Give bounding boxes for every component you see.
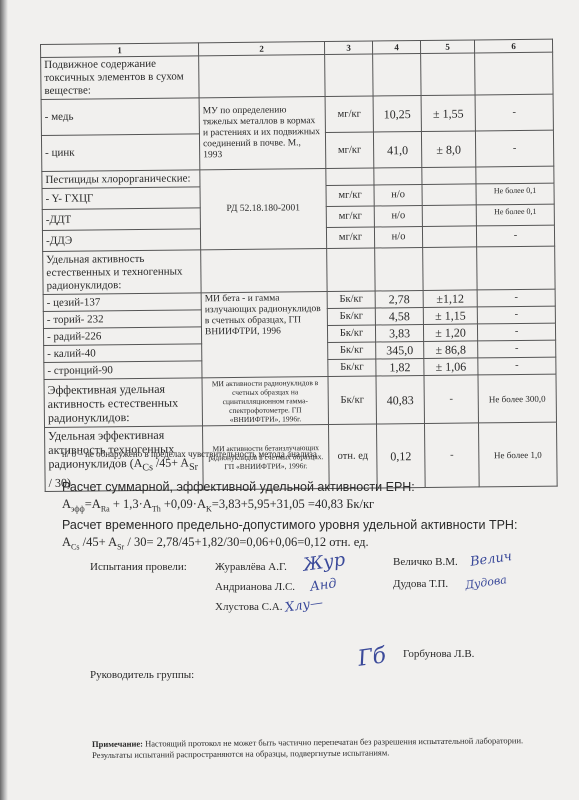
group-title: Пестициды хлорорганические:: [42, 170, 200, 189]
unit-cell: мг/кг: [326, 227, 374, 249]
col-header: 6: [474, 39, 552, 53]
results-table: 1 2 3 4 5 6 Подвижное содержание токсичн…: [40, 39, 557, 493]
tester-name: Журавлёва А.Г.: [215, 561, 287, 573]
col-header: 3: [324, 41, 372, 55]
unit-cell: Бк/кг: [327, 308, 375, 326]
table-footnote: н/ о – не обнаружено в пределах чувствит…: [62, 449, 317, 459]
tests-label: Испытания провели:: [90, 561, 187, 573]
unit-cell: Бк/кг: [328, 342, 376, 360]
value-cell: 2,78: [375, 291, 423, 309]
limit-cell: -: [475, 130, 553, 167]
limit-cell: -: [477, 323, 555, 341]
value-cell: 3,83: [375, 324, 423, 342]
signature-icon: Жур: [302, 549, 347, 576]
signature-icon: Анд: [309, 576, 337, 595]
value-cell: 41,0: [373, 132, 421, 169]
value-cell: 40,83: [376, 375, 425, 424]
method-cell: МИ бета - и гамма излучающих радионуклид…: [201, 292, 328, 378]
row-name: - медь: [41, 98, 199, 136]
tester-name: Величко В.М.: [393, 556, 458, 568]
limit-cell: Не более 0,1: [476, 183, 554, 205]
limit-cell: -: [478, 357, 556, 375]
unit-cell: мг/кг: [326, 185, 374, 207]
head-name: Горбунова Л.В.: [403, 648, 474, 660]
value-cell: н/о: [374, 227, 422, 249]
value-cell: 345,0: [376, 341, 424, 359]
error-cell: [422, 205, 476, 227]
group-title: Подвижное содержание токсичных элементов…: [41, 56, 199, 100]
limit-cell: -: [477, 306, 555, 324]
tester-name: Андрианова Л.С.: [215, 581, 295, 593]
col-header: 2: [198, 42, 324, 56]
value-cell: 4,58: [375, 308, 423, 326]
error-cell: ± 8,0: [421, 131, 475, 168]
method-cell: РД 52.18.180-2001: [200, 169, 327, 250]
group-title-row: Подвижное содержание токсичных элементов…: [41, 52, 553, 99]
table-row: - медь МУ по определению тяжелых металло…: [41, 94, 553, 135]
unit-cell: Бк/кг: [328, 359, 376, 377]
value-cell: 1,82: [376, 358, 424, 376]
signature-icon: Дудова: [464, 573, 507, 592]
error-cell: ±1,12: [423, 290, 477, 308]
error-cell: ± 86,8: [424, 341, 478, 359]
erh-title: Расчет суммарной, эффективной удельной а…: [62, 480, 415, 494]
signature-icon: Велич: [469, 549, 513, 570]
limit-cell: -: [476, 225, 554, 247]
limit-cell: -: [477, 289, 555, 307]
note: Примечание: Настоящий протокол не может …: [92, 735, 552, 761]
limit-cell: Не более 0,1: [476, 204, 554, 226]
head-label: Руководитель группы:: [90, 669, 194, 681]
error-cell: ± 1,15: [423, 307, 477, 325]
tester-name: Дудова Т.П.: [393, 578, 448, 590]
error-cell: ± 1,20: [423, 324, 477, 342]
row-name: - цезий-137: [43, 293, 201, 312]
row-name: - стронций-90: [44, 361, 202, 380]
unit-cell: мг/кг: [325, 96, 373, 133]
error-cell: ± 1,55: [421, 95, 475, 132]
value-cell: 10,25: [373, 96, 421, 133]
row-name: - торий- 232: [43, 310, 201, 329]
limit-cell: -: [478, 340, 556, 358]
error-cell: [422, 226, 476, 248]
limit-cell: Не более 300,0: [478, 374, 556, 423]
signature-icon: Гб: [356, 643, 387, 672]
unit-cell: мг/кг: [326, 206, 374, 228]
scan-edge-shadow: [0, 0, 8, 800]
group-title: Удельная активность естественных и техно…: [43, 250, 201, 295]
table-row: Эффективная удельная активность естестве…: [44, 374, 556, 427]
error-cell: [422, 184, 476, 206]
error-cell: -: [424, 375, 478, 424]
unit-cell: мг/кг: [325, 132, 373, 169]
limit-cell: Не более 1,0: [478, 422, 557, 487]
error-cell: ± 1,06: [424, 358, 478, 376]
method-cell: МИ активности радионуклидов в счетных об…: [202, 377, 328, 426]
row-name: - Y- ГХЦГ: [42, 187, 200, 210]
value-cell: 0,12: [376, 423, 425, 488]
error-cell: -: [424, 423, 479, 488]
row-name: - цинк: [41, 134, 199, 172]
group-title-row: Удельная активность естественных и техно…: [43, 246, 555, 294]
value-cell: н/о: [374, 185, 422, 207]
limit-cell: -: [475, 94, 553, 131]
method-cell: МУ по определению тяжелых металлов в кор…: [199, 97, 326, 170]
erh-formula: Aэфф=ARa + 1,3·ATh +0,09·AK=3,83+5,95+31…: [62, 497, 374, 514]
row-name: - калий-40: [44, 344, 202, 363]
row-name: Эффективная удельная активность естестве…: [44, 378, 202, 428]
row-name: -ДДТ: [42, 208, 200, 231]
trn-title: Расчет временного предельно-допустимого …: [62, 518, 517, 532]
signature-icon: Хлу—: [284, 595, 324, 615]
tester-name: Хлустова С.А.: [215, 601, 282, 613]
unit-cell: Бк/кг: [327, 325, 375, 343]
row-name: - радий-226: [43, 327, 201, 346]
unit-cell: Бк/кг: [328, 376, 377, 425]
unit-cell: Бк/кг: [327, 291, 375, 309]
col-header: 5: [420, 40, 474, 54]
col-header: 4: [372, 41, 420, 55]
trn-formula: ACs /45+ ASr / 30= 2,78/45+1,82/30=0,06+…: [62, 535, 369, 552]
value-cell: н/о: [374, 206, 422, 228]
row-name: -ДДЭ: [42, 229, 200, 252]
